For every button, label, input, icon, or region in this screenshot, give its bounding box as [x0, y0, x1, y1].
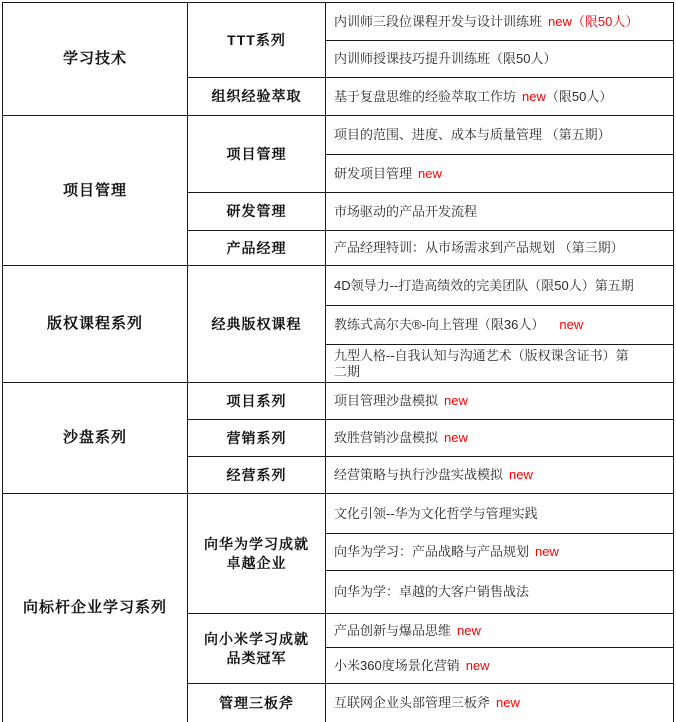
new-badge: new	[535, 544, 559, 559]
new-badge: new	[466, 658, 490, 673]
course-cell: 向华为学习：产品战略与产品规划new	[326, 534, 674, 571]
course-title-text: 内训师三段位课程开发与设计训练班	[334, 14, 542, 29]
new-badge: new	[559, 317, 583, 332]
course-cell: 文化引领--华为文化哲学与管理实践	[326, 494, 674, 534]
course-cell: 4D领导力--打造高绩效的完美团队（限50人）第五期	[326, 266, 674, 306]
course-title-text: （限50人）	[546, 89, 612, 104]
course-title-text: 致胜营销沙盘模拟	[334, 430, 438, 445]
sub-series-cell: 项目管理	[188, 116, 326, 193]
sub-series-cell: 组织经验萃取	[188, 78, 326, 116]
course-title-text: 4D领导力--打造高绩效的完美团队（限50人）第五期	[334, 278, 634, 293]
course-title-text: 基于复盘思维的经验萃取工作坊	[334, 89, 516, 104]
sub-series-cell: 经典版权课程	[188, 266, 326, 383]
table-row: 项目管理项目管理项目的范围、进度、成本与质量管理 （第五期）	[3, 116, 674, 155]
new-badge: new	[509, 467, 533, 482]
table-row: 学习技术TTT系列内训师三段位课程开发与设计训练班new（限50人）	[3, 3, 674, 41]
category-cell: 项目管理	[3, 116, 188, 266]
category-cell: 学习技术	[3, 3, 188, 116]
course-cell: 产品创新与爆品思维new	[326, 614, 674, 648]
course-cell: 互联网企业头部管理三板斧new	[326, 684, 674, 722]
course-cell: 产品经理特训：从市场需求到产品规划 （第三期）	[326, 231, 674, 266]
new-badge: new	[522, 89, 546, 104]
course-cell: 教练式高尔夫®-向上管理（限36人）new	[326, 306, 674, 345]
course-title-text: 小米360度场景化营销	[334, 658, 460, 673]
sub-series-cell: 营销系列	[188, 420, 326, 457]
course-title-text: 经营策略与执行沙盘实战模拟	[334, 467, 503, 482]
sub-series-cell: 经营系列	[188, 457, 326, 494]
course-cell: 小米360度场景化营销new	[326, 648, 674, 684]
course-table-body: 学习技术TTT系列内训师三段位课程开发与设计训练班new（限50人）内训师授课技…	[3, 3, 674, 722]
course-title-text: 市场驱动的产品开发流程	[334, 204, 477, 219]
course-title-text: 教练式高尔夫®-向上管理（限36人）	[334, 317, 544, 332]
table-row: 沙盘系列项目系列项目管理沙盘模拟new	[3, 383, 674, 420]
sub-series-cell: 向华为学习成就 卓越企业	[188, 494, 326, 614]
course-title-text: 内训师授课技巧提升训练班（限50人）	[334, 51, 556, 66]
course-cell: 致胜营销沙盘模拟new	[326, 420, 674, 457]
course-cell: 基于复盘思维的经验萃取工作坊new（限50人）	[326, 78, 674, 116]
course-cell: 内训师授课技巧提升训练班（限50人）	[326, 41, 674, 78]
course-cell: 内训师三段位课程开发与设计训练班new（限50人）	[326, 3, 674, 41]
course-title-text: 项目的范围、进度、成本与质量管理 （第五期）	[334, 127, 611, 142]
sub-series-cell: 向小米学习成就 品类冠军	[188, 614, 326, 684]
course-cell: 项目的范围、进度、成本与质量管理 （第五期）	[326, 116, 674, 155]
course-title-text: 产品经理特训：从市场需求到产品规划 （第三期）	[334, 240, 624, 255]
course-cell: 九型人格--自我认知与沟通艺术（版权课含证书）第 二期	[326, 345, 674, 383]
course-title-text: 向华为学：卓越的大客户销售战法	[334, 584, 529, 599]
course-cell: 项目管理沙盘模拟new	[326, 383, 674, 420]
table-row: 向标杆企业学习系列向华为学习成就 卓越企业文化引领--华为文化哲学与管理实践	[3, 494, 674, 534]
category-cell: 向标杆企业学习系列	[3, 494, 188, 722]
sub-series-cell: 产品经理	[188, 231, 326, 266]
table-row: 版权课程系列经典版权课程4D领导力--打造高绩效的完美团队（限50人）第五期	[3, 266, 674, 306]
course-cell: 市场驱动的产品开发流程	[326, 193, 674, 231]
course-title-text: 项目管理沙盘模拟	[334, 393, 438, 408]
sub-series-cell: TTT系列	[188, 3, 326, 78]
course-title-text: 互联网企业头部管理三板斧	[334, 695, 490, 710]
new-badge: new	[444, 430, 468, 445]
category-cell: 版权课程系列	[3, 266, 188, 383]
course-catalog-page: 学习技术TTT系列内训师三段位课程开发与设计训练班new（限50人）内训师授课技…	[0, 0, 676, 722]
course-title-text: 文化引领--华为文化哲学与管理实践	[334, 506, 538, 521]
sub-series-cell: 项目系列	[188, 383, 326, 420]
course-title-text: 九型人格--自我认知与沟通艺术（版权课含证书）第 二期	[334, 348, 629, 379]
course-cell: 研发项目管理new	[326, 155, 674, 193]
new-badge: new	[496, 695, 520, 710]
course-title-text: 向华为学习：产品战略与产品规划	[334, 544, 529, 559]
sub-series-cell: 管理三板斧	[188, 684, 326, 722]
course-cell: 向华为学：卓越的大客户销售战法	[326, 571, 674, 614]
new-badge: new	[444, 393, 468, 408]
course-title-text: 研发项目管理	[334, 166, 412, 181]
new-badge: new	[418, 166, 442, 181]
sub-series-cell: 研发管理	[188, 193, 326, 231]
course-title-text: 产品创新与爆品思维	[334, 623, 451, 638]
course-cell: 经营策略与执行沙盘实战模拟new	[326, 457, 674, 494]
category-cell: 沙盘系列	[3, 383, 188, 494]
new-badge: new（限50人）	[548, 14, 638, 29]
course-table: 学习技术TTT系列内训师三段位课程开发与设计训练班new（限50人）内训师授课技…	[2, 2, 674, 722]
new-badge: new	[457, 623, 481, 638]
